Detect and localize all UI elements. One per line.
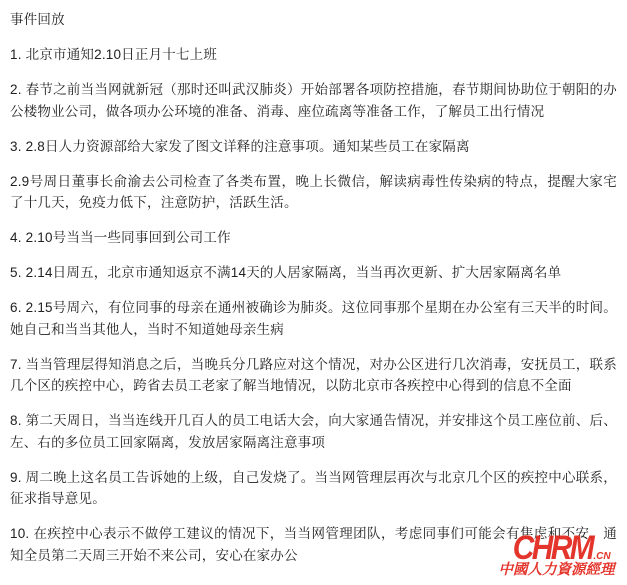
event-paragraph-6: 6. 2.15号周六，有位同事的母亲在通州被确诊为肺炎。这位同事那个星期在办公室… <box>10 297 617 340</box>
event-paragraph-1: 1. 北京市通知2.10日正月十七上班 <box>10 44 617 66</box>
event-recap-document: 事件回放 1. 北京市通知2.10日正月十七上班 2. 春节之前当当网就新冠（那… <box>0 0 627 566</box>
event-paragraph-9: 9. 周二晚上这名员工告诉她的上级，自己发烧了。当当网管理层再次与北京几个区的疾… <box>10 467 617 510</box>
page-title: 事件回放 <box>10 9 617 31</box>
event-paragraph-5: 5. 2.14日周五，北京市通知返京不满14天的人居家隔离，当当再次更新、扩大居… <box>10 262 617 284</box>
event-paragraph-2-9: 2.9号周日董事长俞渝去公司检查了各类布置，晚上长微信，解读病毒性传染病的特点，… <box>10 171 617 214</box>
event-paragraph-4: 4. 2.10号当当一些同事回到公司工作 <box>10 227 617 249</box>
event-paragraph-3: 3. 2.8日人力资源部给大家发了图文详释的注意事项。通知某些员工在家隔离 <box>10 136 617 158</box>
event-paragraph-2: 2. 春节之前当当网就新冠（那时还叫武汉肺炎）开始部署各项防控措施，春节期间协助… <box>10 79 617 122</box>
event-paragraph-8: 8. 第二天周日，当当连线开几百人的员工电话大会，向大家通告情况，并安排这个员工… <box>10 410 617 453</box>
event-paragraph-7: 7. 当当管理层得知消息之后，当晚兵分几路应对这个情况，对办公区进行几次消毒，安… <box>10 354 617 397</box>
event-paragraph-10: 10. 在疾控中心表示不做停工建议的情况下，当当网管理团队，考虑同事们可能会有焦… <box>10 523 617 566</box>
